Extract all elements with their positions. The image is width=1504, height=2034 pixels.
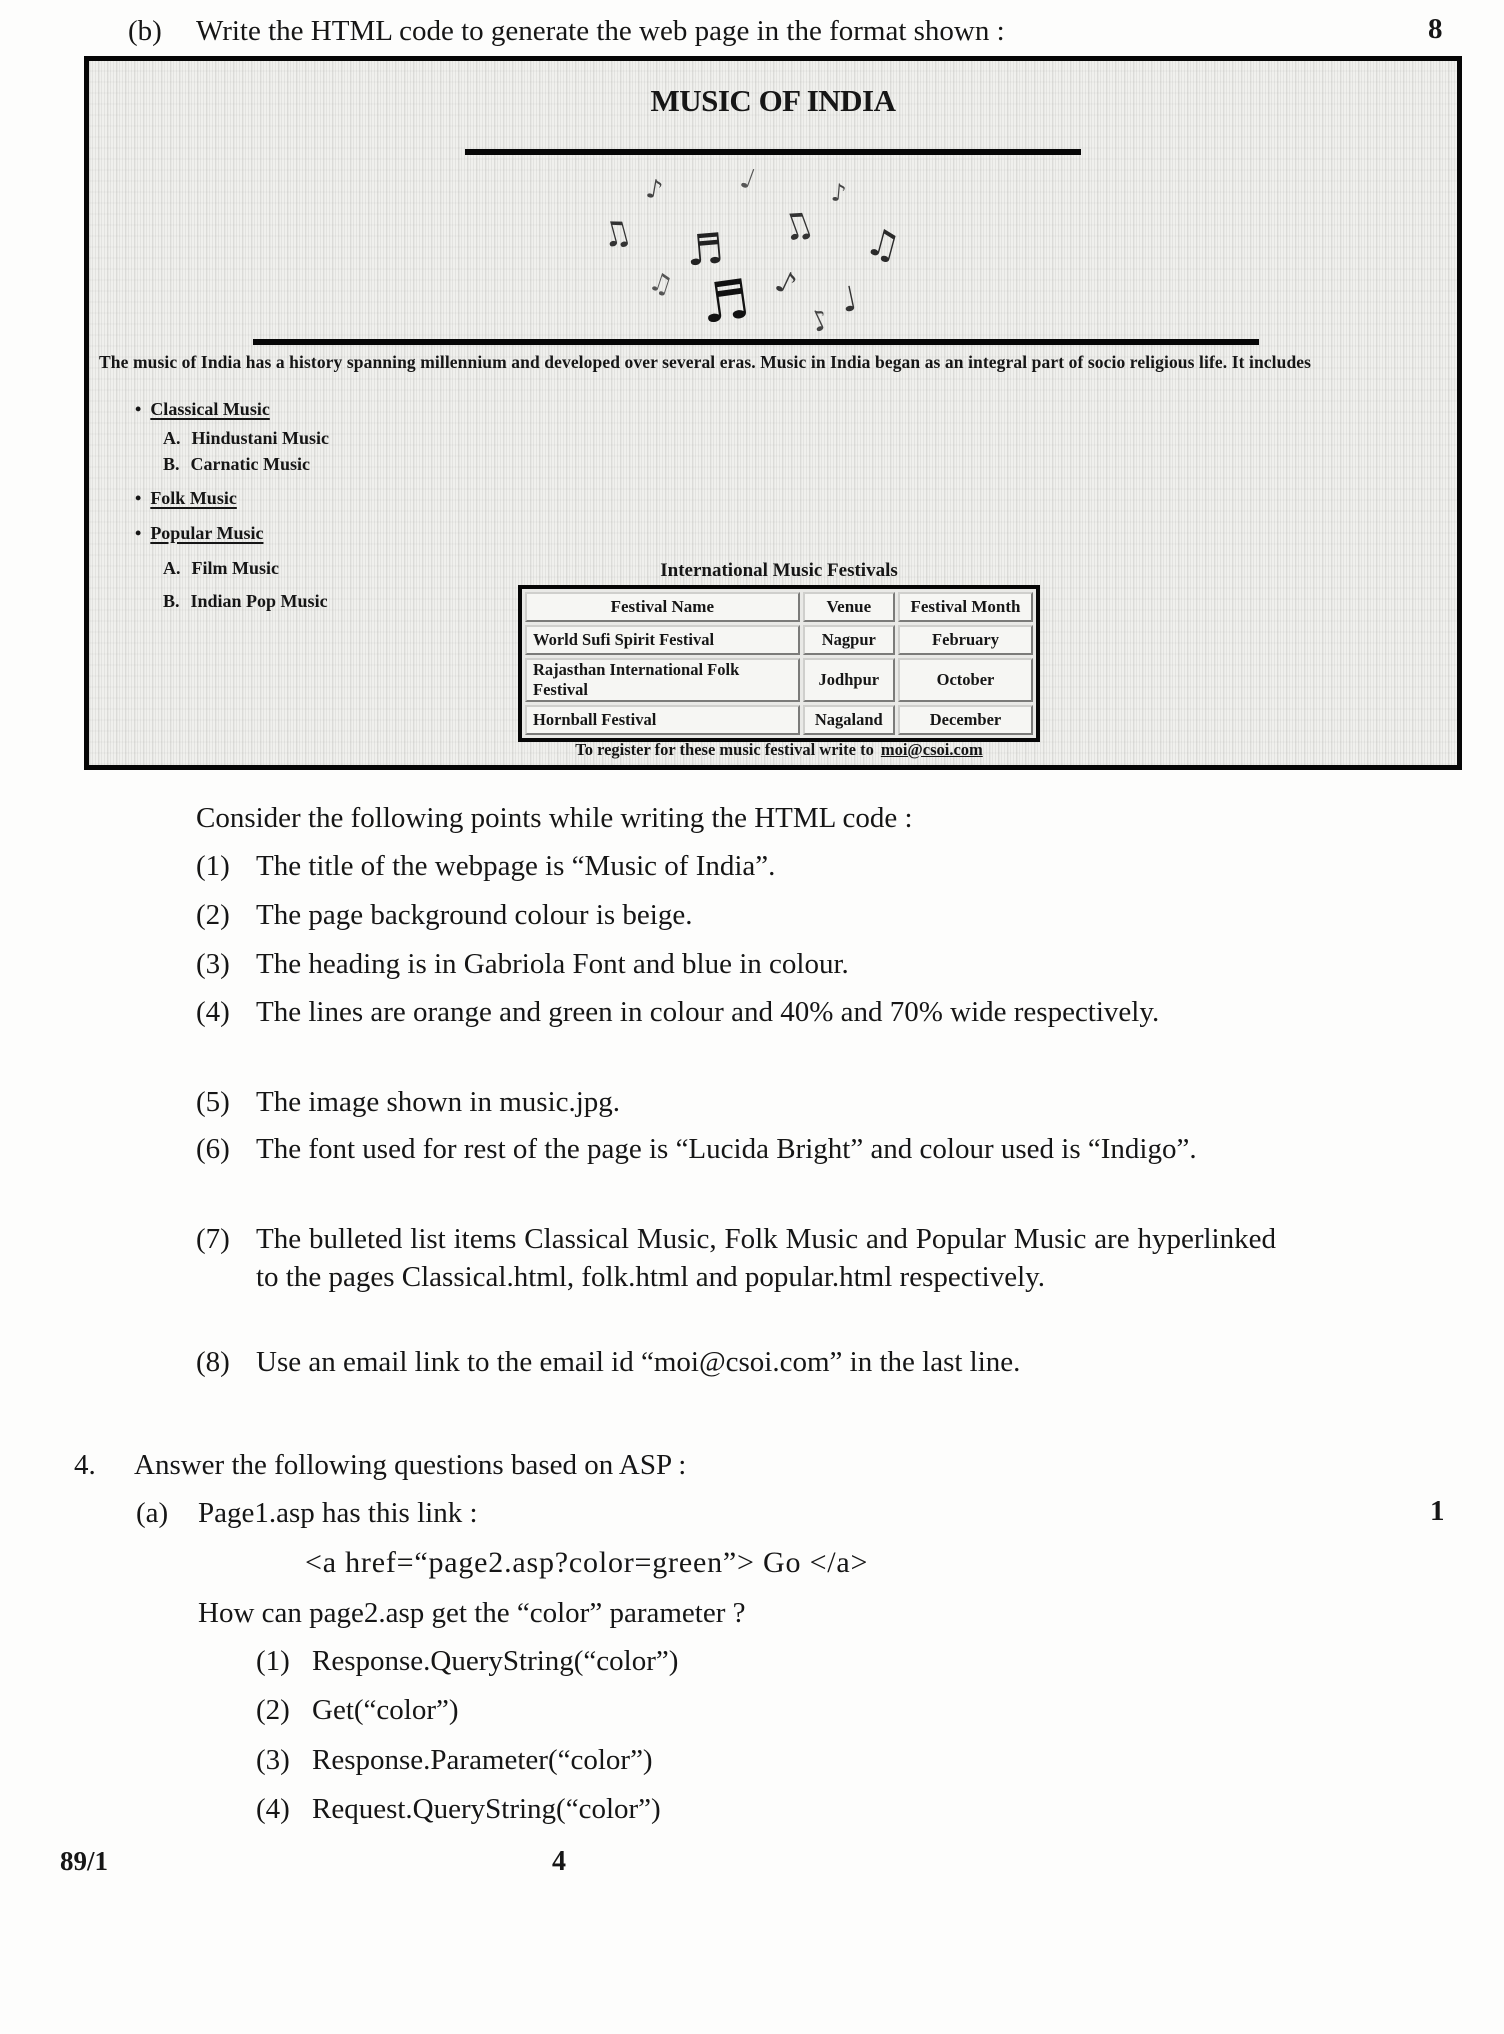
intro-paragraph: The music of India has a history spannin… <box>99 352 1451 373</box>
bullet-icon: • <box>135 399 141 419</box>
menu-item-label: Carnatic Music <box>191 454 310 474</box>
point-number: (3) <box>196 945 230 983</box>
festival-table-heading: International Music Festivals <box>518 560 1040 582</box>
option-text: Get(“color”) <box>312 1691 459 1729</box>
question-4a-text: Page1.asp has this link : <box>198 1494 478 1532</box>
column-header-venue: Venue <box>803 592 895 622</box>
option-text: Response.QueryString(“color”) <box>312 1642 678 1680</box>
option-number: (3) <box>256 1741 290 1779</box>
menu-item-carnatic-music: B.Carnatic Music <box>163 454 310 475</box>
folk-music-link[interactable]: Folk Music <box>150 488 237 508</box>
music-note-icon: ♪ <box>830 180 847 205</box>
register-note: To register for these music festival wri… <box>518 740 1040 760</box>
option-text: Request.QueryString(“color”) <box>312 1790 661 1828</box>
paper-code: 89/1 <box>60 1846 108 1877</box>
webpage-title: MUSIC OF INDIA <box>89 83 1457 119</box>
point-number: (7) <box>196 1220 230 1258</box>
list-marker: B. <box>163 454 180 474</box>
month-cell: October <box>898 658 1033 702</box>
consider-heading: Consider the following points while writ… <box>196 799 913 837</box>
point-text: The page background colour is beige. <box>256 896 1276 934</box>
bullet-icon: • <box>135 488 141 508</box>
question-4a-prompt: How can page2.asp get the “color” parame… <box>198 1594 746 1632</box>
music-note-icon: ♩ <box>838 282 861 319</box>
option-number: (1) <box>256 1642 290 1680</box>
music-notes-image: ♫ ♪ ♬ ♩ ♫ ♪ ♫ ♬ ♪ ♩ ♫ ♪ <box>589 155 941 347</box>
festival-name-cell: World Sufi Spirit Festival <box>525 625 800 655</box>
menu-item-classical-music[interactable]: •Classical Music <box>135 399 270 420</box>
page-number: 4 <box>552 1846 566 1878</box>
horizontal-rule-70pct <box>253 339 1258 345</box>
list-marker: A. <box>163 558 181 578</box>
point-text: The title of the webpage is “Music of In… <box>256 847 1276 885</box>
menu-item-hindustani-music: A.Hindustani Music <box>163 428 329 449</box>
menu-item-film-music: A.Film Music <box>163 558 279 579</box>
point-text: The image shown in music.jpg. <box>256 1083 1276 1121</box>
point-number: (6) <box>196 1130 230 1168</box>
festival-name-cell: Hornball Festival <box>525 705 800 735</box>
music-note-icon: ♫ <box>646 268 676 300</box>
point-number: (5) <box>196 1083 230 1121</box>
table-row: Hornball Festival Nagaland December <box>525 705 1033 735</box>
classical-music-link[interactable]: Classical Music <box>150 399 270 419</box>
menu-item-label: Indian Pop Music <box>191 591 328 611</box>
option-text: Response.Parameter(“color”) <box>312 1741 653 1779</box>
question-4-text: Answer the following questions based on … <box>134 1446 686 1484</box>
festival-table: Festival Name Venue Festival Month World… <box>518 585 1040 742</box>
point-number: (8) <box>196 1343 230 1381</box>
venue-cell: Nagaland <box>803 705 895 735</box>
month-cell: February <box>898 625 1033 655</box>
question-4-number: 4. <box>74 1446 96 1484</box>
menu-item-folk-music[interactable]: •Folk Music <box>135 488 237 509</box>
point-text: The lines are orange and green in colour… <box>256 993 1276 1031</box>
point-text: Use an email link to the email id “moi@c… <box>256 1343 1276 1381</box>
question-4a-label: (a) <box>136 1494 168 1532</box>
menu-item-label: Hindustani Music <box>192 428 330 448</box>
point-text: The heading is in Gabriola Font and blue… <box>256 945 1276 983</box>
music-note-icon: ♪ <box>806 305 834 338</box>
music-note-icon: ♪ <box>644 176 665 204</box>
music-note-icon: ♫ <box>597 214 635 255</box>
point-text: The font used for rest of the page is “L… <box>256 1130 1276 1168</box>
code-snippet: <a href=“page2.asp?color=green”> Go </a> <box>305 1546 868 1580</box>
music-note-icon: ♪ <box>771 266 801 301</box>
month-cell: December <box>898 705 1033 735</box>
venue-cell: Nagpur <box>803 625 895 655</box>
table-row: Rajasthan International Folk Festival Jo… <box>525 658 1033 702</box>
menu-item-label: Film Music <box>192 558 280 578</box>
music-note-icon: ♫ <box>776 205 819 250</box>
festival-name-cell: Rajasthan International Folk Festival <box>525 658 800 702</box>
music-note-icon: ♩ <box>737 164 759 195</box>
point-text: The bulleted list items Classical Music,… <box>256 1220 1276 1296</box>
music-note-icon: ♬ <box>697 272 752 332</box>
question-b-marks-badge: 8 <box>1428 10 1443 48</box>
menu-item-popular-music[interactable]: •Popular Music <box>135 523 264 544</box>
bullet-icon: • <box>135 523 141 543</box>
popular-music-link[interactable]: Popular Music <box>150 523 263 543</box>
point-number: (4) <box>196 993 230 1031</box>
email-link[interactable]: moi@csoi.com <box>881 740 983 759</box>
register-note-text: To register for these music festival wri… <box>575 740 874 759</box>
music-note-icon: ♬ <box>684 227 725 272</box>
column-header-festival-name: Festival Name <box>525 592 800 622</box>
point-number: (1) <box>196 847 230 885</box>
venue-cell: Jodhpur <box>803 658 895 702</box>
question-b-number: (b) <box>128 12 162 50</box>
webpage-screenshot-figure: MUSIC OF INDIA ♫ ♪ ♬ ♩ ♫ ♪ ♫ ♬ ♪ ♩ ♫ ♪ T… <box>84 56 1462 770</box>
music-note-icon: ♫ <box>862 221 905 267</box>
option-number: (4) <box>256 1790 290 1828</box>
list-marker: B. <box>163 591 180 611</box>
table-row: World Sufi Spirit Festival Nagpur Februa… <box>525 625 1033 655</box>
question-b-text: Write the HTML code to generate the web … <box>196 12 1005 50</box>
list-marker: A. <box>163 428 181 448</box>
question-4a-marks-badge: 1 <box>1430 1492 1445 1530</box>
point-number: (2) <box>196 896 230 934</box>
column-header-festival-month: Festival Month <box>898 592 1033 622</box>
table-header-row: Festival Name Venue Festival Month <box>525 592 1033 622</box>
menu-item-indian-pop-music: B.Indian Pop Music <box>163 591 328 612</box>
option-number: (2) <box>256 1691 290 1729</box>
